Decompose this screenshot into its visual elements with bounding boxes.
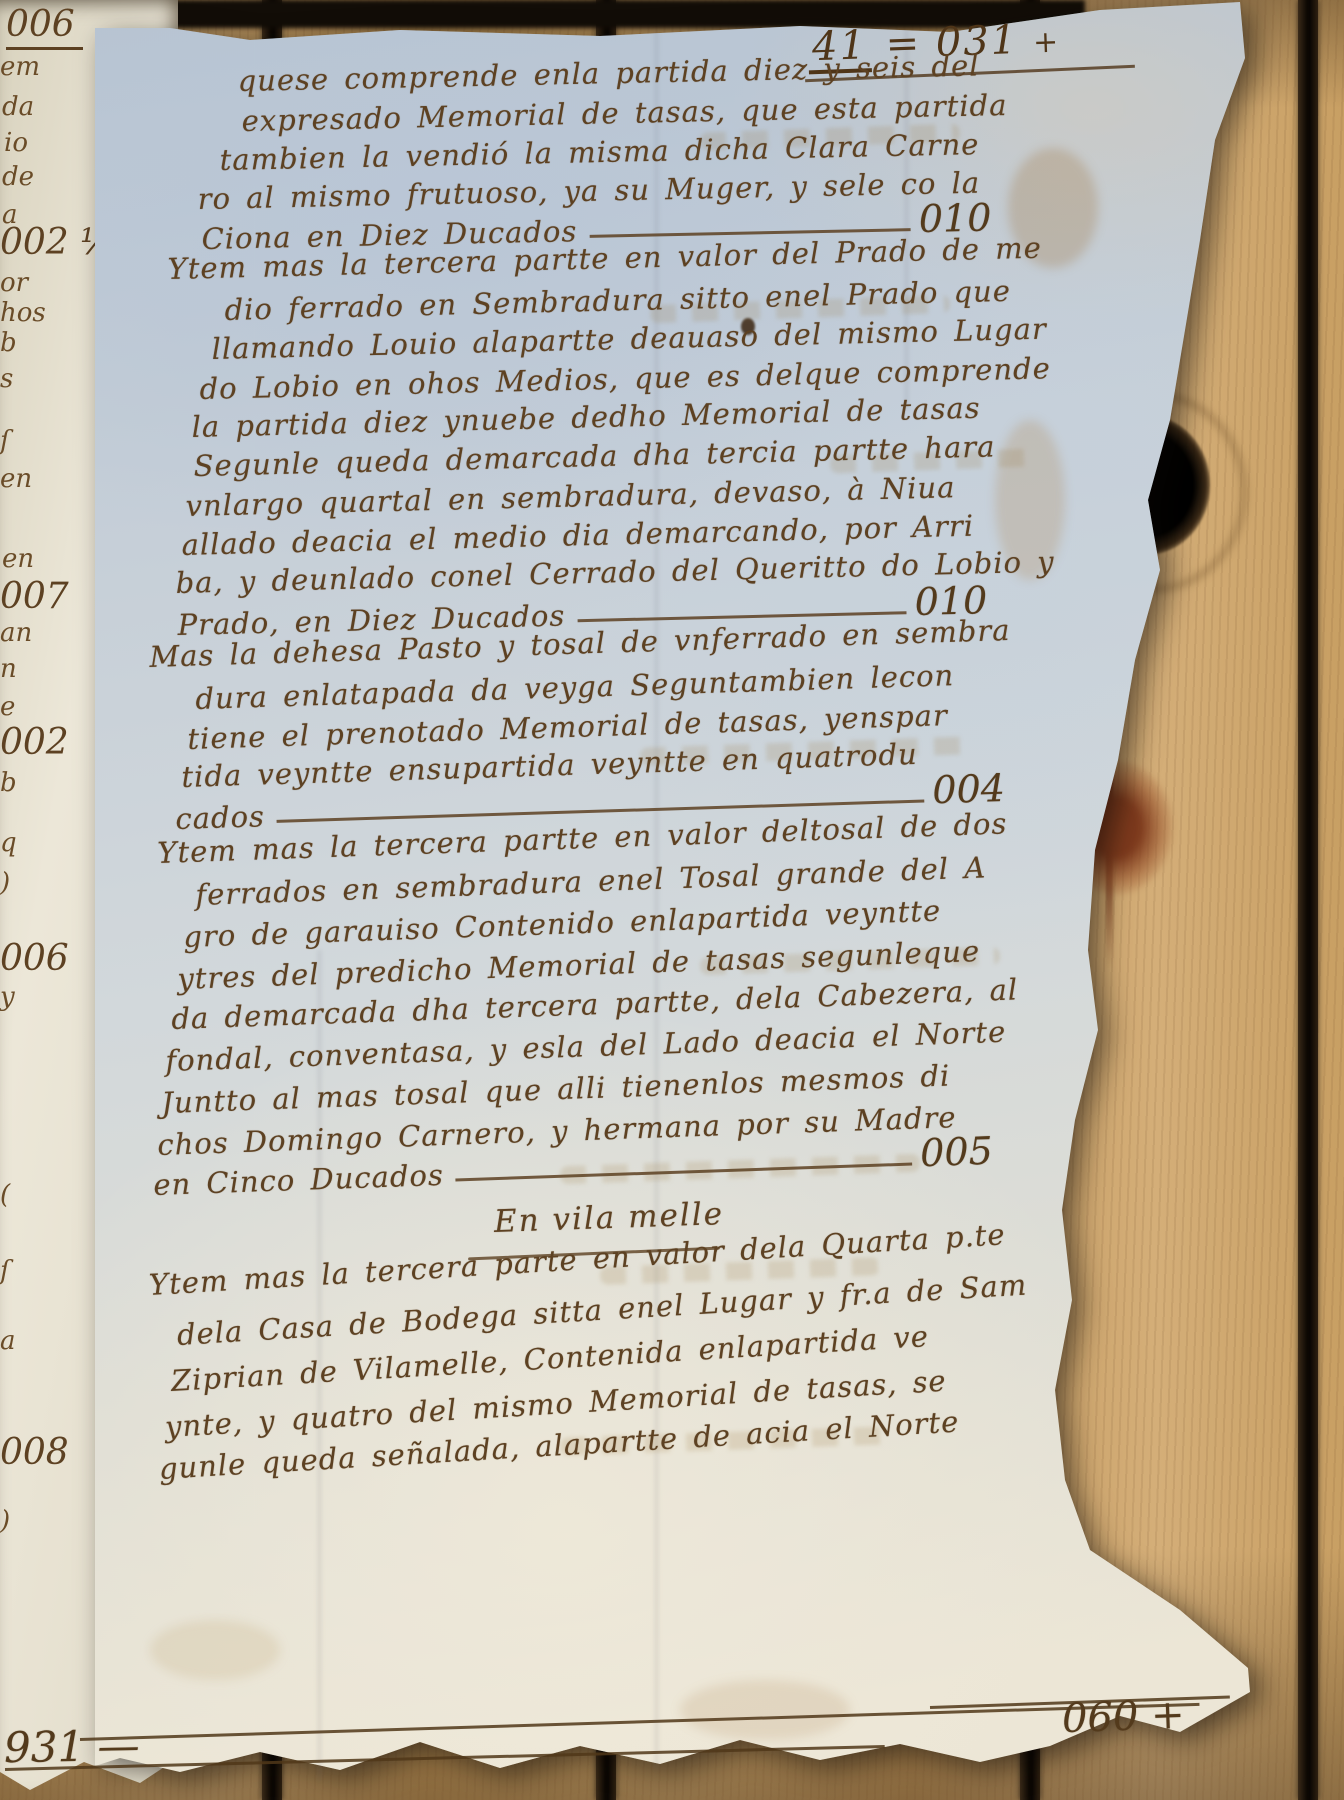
margin-fragment: b	[0, 328, 17, 358]
page-total-bottom-left: 931 —	[4, 1721, 140, 1772]
margin-fragment: b	[0, 768, 17, 798]
margin-fragment: q	[0, 828, 17, 858]
folio-fraction-mark: +	[1032, 25, 1060, 61]
plank-gap	[1298, 0, 1318, 1800]
margin-fragment: )	[0, 1506, 10, 1536]
page-total-bottom-right: 060 +	[1061, 1692, 1185, 1742]
amount-value: 004	[932, 766, 1006, 812]
margin-fragment: y	[0, 982, 15, 1012]
paper-stain	[680, 1680, 850, 1740]
margin-fragment: )	[0, 868, 10, 898]
manuscript-photo: 006 em da io de a 002 ½ or hos b s ſ en …	[0, 0, 1344, 1800]
margin-fragment: s	[0, 364, 13, 394]
margin-fragment: an	[0, 618, 32, 648]
margin-fragment: 006	[0, 938, 69, 979]
margin-fragment: ſ	[0, 1256, 10, 1286]
margin-fragment: 007	[0, 576, 69, 617]
margin-fragment: (	[0, 1180, 10, 1210]
margin-fragment: hos	[0, 298, 46, 328]
amount-line-text: cados	[175, 799, 265, 836]
margin-fragment: or	[0, 268, 28, 298]
margin-fragment: n	[0, 654, 17, 684]
margin-fragment: 006	[6, 4, 83, 50]
margin-fragment: ſ	[0, 426, 10, 456]
margin-fragment: io	[4, 128, 28, 158]
margin-fragment: da	[2, 92, 34, 122]
margin-fragment: en	[2, 544, 34, 574]
margin-fragment: em	[0, 52, 40, 82]
margin-fragment: 002	[0, 722, 69, 763]
margin-fragment: en	[0, 464, 32, 494]
amount-value: 005	[919, 1129, 993, 1176]
margin-fragment: a	[0, 1326, 16, 1356]
paper-stain	[150, 1620, 280, 1680]
margin-fragment: de	[2, 162, 34, 192]
margin-fragment: 008	[0, 1432, 69, 1473]
margin-fragment: e	[0, 692, 15, 722]
